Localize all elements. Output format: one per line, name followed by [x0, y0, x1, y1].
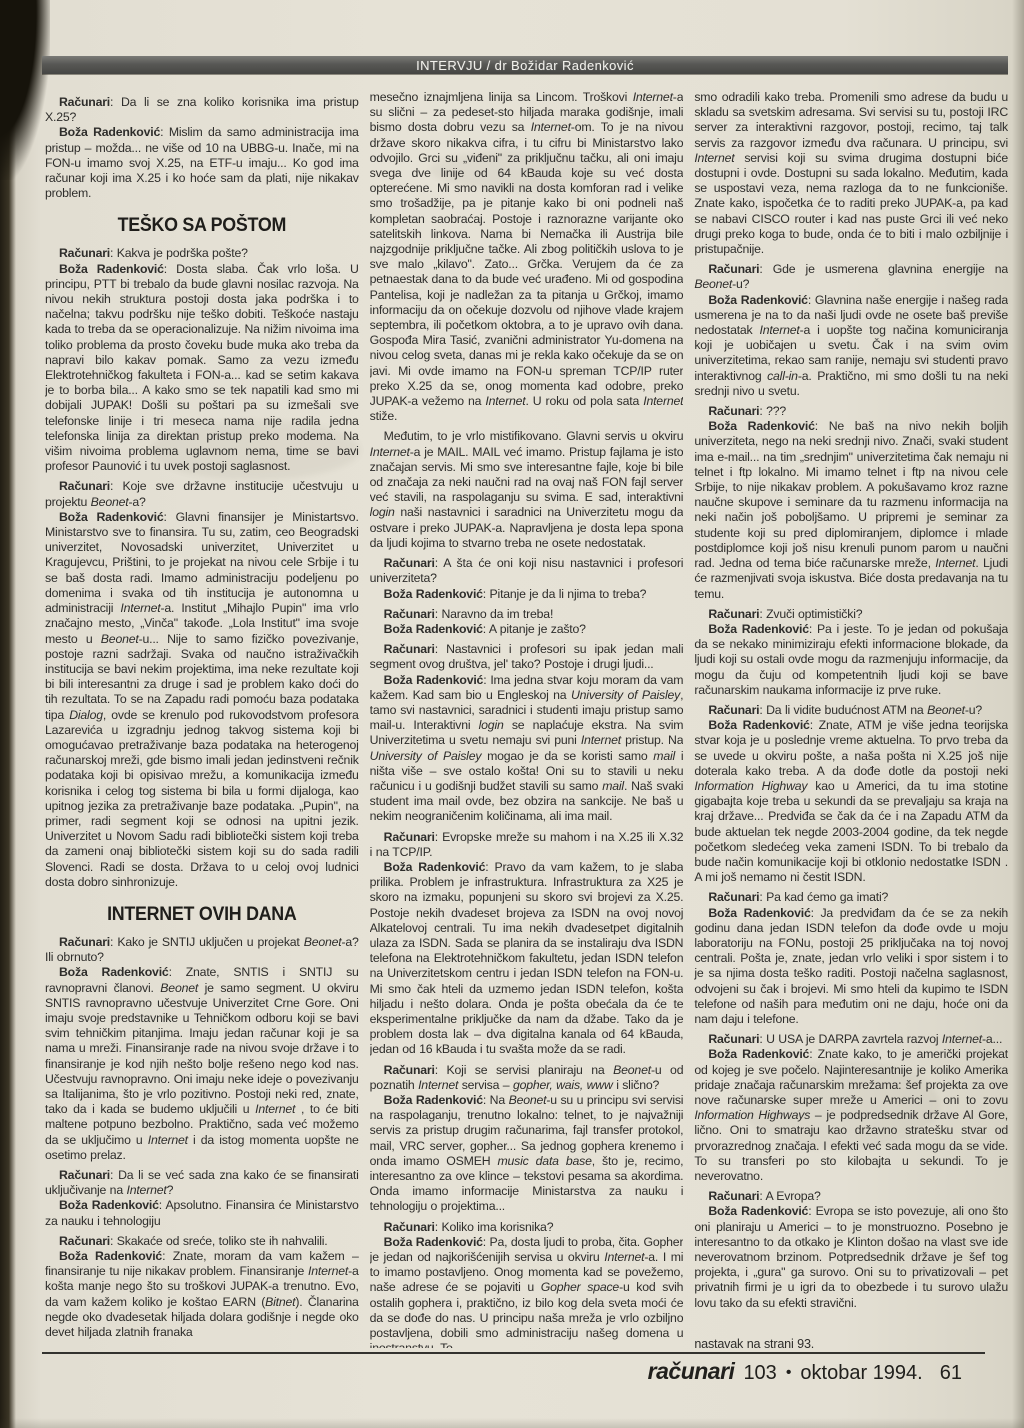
speaker-name: Računari	[384, 1220, 435, 1234]
speaker-name: Boža Radenković	[708, 718, 809, 732]
speaker-name: Boža Radenković	[59, 125, 160, 139]
continuation-note: nastavak na strani 93.	[694, 1337, 1008, 1348]
speaker-name: Boža Radenković	[708, 1047, 809, 1061]
interview-answer: Boža Radenković: Ja predviđam da će se z…	[694, 906, 1008, 1028]
speaker-name: Boža Radenković	[384, 860, 486, 874]
speaker-name: Boža Radenković	[384, 587, 483, 601]
speaker-name: Računari	[59, 935, 110, 949]
speaker-name: Računari	[59, 246, 110, 260]
speaker-name: Boža Radenković	[384, 1235, 483, 1249]
speaker-name: Računari	[59, 479, 110, 493]
article-columns: Računari: Da li se zna koliko korisnika …	[45, 90, 1008, 1348]
bullet-separator: •	[786, 1364, 792, 1382]
interview-answer: Boža Radenković: Evropa se isto povezuje…	[694, 1204, 1008, 1310]
speaker-name: Računari	[708, 1032, 759, 1046]
speaker-name: Boža Radenković	[708, 419, 814, 433]
interview-question: Računari: Gde je usmerena glavnina energ…	[694, 262, 1008, 292]
column-2: mesečno iznajmljena linija sa Lincom. Tr…	[370, 90, 684, 1348]
interview-question: Računari: A Evropa?	[694, 1189, 1008, 1204]
footer: računari 103 • oktobar 1994. 61	[648, 1358, 962, 1385]
interview-answer: Boža Radenković: Pravo da vam kažem, to …	[370, 860, 684, 1058]
interview-answer: Boža Radenković: Dosta slaba. Čak vrlo l…	[45, 262, 359, 475]
section-heading: INTERNET OVIH DANA	[54, 904, 349, 926]
scan-edge-left	[0, 0, 16, 1428]
interview-answer: Boža Radenković: Apsolutno. Finansira će…	[45, 1198, 359, 1228]
interview-answer: Boža Radenković: Na Beonet-u su u princi…	[370, 1093, 684, 1215]
issue-number: 103	[743, 1362, 776, 1385]
interview-question: Računari: Zvuči optimistički?	[694, 607, 1008, 622]
speaker-name: Boža Radenković	[708, 906, 810, 920]
speaker-name: Računari	[59, 1234, 110, 1248]
interview-answer: Boža Radenković: Ne baš na nivo nekih bo…	[694, 419, 1008, 601]
article-rubric-title: INTERVJU / dr Božidar Radenković	[416, 58, 634, 73]
interview-question: Računari: ???	[694, 404, 1008, 419]
interview-question: Računari: Koji se servisi planiraju na B…	[370, 1063, 684, 1093]
speaker-name: Računari	[708, 1189, 759, 1203]
page-number: 61	[940, 1362, 962, 1385]
speaker-name: Računari	[708, 890, 759, 904]
interview-answer: Boža Radenković: Znate, SNTIS i SNTIJ su…	[45, 965, 359, 1163]
header-bar: INTERVJU / dr Božidar Radenković	[42, 56, 1008, 74]
interview-answer: Boža Radenković: Pa i jeste. To je jedan…	[694, 622, 1008, 698]
issue-date: oktobar 1994.	[800, 1362, 922, 1385]
interview-question: Računari: Nastavnici i profesori su ipak…	[370, 642, 684, 672]
speaker-name: Boža Radenković	[59, 262, 164, 276]
interview-answer: Boža Radenković: Znate, ATM je više jedn…	[694, 718, 1008, 885]
interview-question: Računari: A šta će oni koji nisu nastavn…	[370, 556, 684, 586]
speaker-name: Boža Radenković	[59, 510, 163, 524]
speaker-name: Računari	[708, 607, 759, 621]
speaker-name: Računari	[708, 404, 759, 418]
scan-edge-right	[1012, 0, 1024, 1428]
interview-answer: Boža Radenković: Znate, moram da vam kaž…	[45, 1249, 359, 1340]
interview-answer: Boža Radenković: Znate kako, to je ameri…	[694, 1047, 1008, 1184]
magazine-page-scan: INTERVJU / dr Božidar Radenković Računar…	[0, 0, 1024, 1428]
interview-answer: Boža Radenković: A pitanje je zašto?	[370, 622, 684, 637]
interview-answer: Boža Radenković: Glavni finansijer je Mi…	[45, 510, 359, 890]
interview-question: Računari: Da li se već sada zna kako će …	[45, 1168, 359, 1198]
speaker-name: Računari	[384, 607, 435, 621]
interview-question: Računari: Koje sve državne institucije u…	[45, 479, 359, 509]
scan-edge-bottom	[0, 1418, 1024, 1428]
interview-answer: Boža Radenković: Pitanje je da li njima …	[370, 587, 684, 602]
speaker-name: Boža Radenković	[384, 673, 484, 687]
section-heading: TEŠKO SA POŠTOM	[54, 215, 349, 237]
interview-question: Računari: Kako je SNTIJ uključen u proje…	[45, 935, 359, 965]
interview-answer: Boža Radenković: Mislim da samo administ…	[45, 125, 359, 201]
speaker-name: Boža Radenković	[59, 1249, 162, 1263]
interview-question: Računari: Da li se zna koliko korisnika …	[45, 95, 359, 125]
speaker-name: Boža Radenković	[59, 965, 169, 979]
body-paragraph: Međutim, to je vrlo mistifikovano. Glavn…	[370, 429, 684, 551]
interview-question: Računari: Da li vidite budućnost ATM na …	[694, 703, 1008, 718]
speaker-name: Računari	[708, 262, 759, 276]
speaker-name: Računari	[384, 830, 435, 844]
column-3: smo odradili kako treba. Promenili smo a…	[694, 90, 1008, 1348]
body-paragraph: smo odradili kako treba. Promenili smo a…	[694, 90, 1008, 257]
footer-rule	[42, 1352, 985, 1354]
interview-answer: Boža Radenković: Glavnina naše energije …	[694, 293, 1008, 399]
speaker-name: Računari	[59, 1168, 110, 1182]
speaker-name: Boža Radenković	[384, 1093, 483, 1107]
column-1: Računari: Da li se zna koliko korisnika …	[45, 90, 359, 1348]
interview-question: Računari: Naravno da im treba!	[370, 607, 684, 622]
speaker-name: Računari	[384, 642, 435, 656]
interview-question: Računari: Koliko ima korisnika?	[370, 1220, 684, 1235]
speaker-name: Boža Radenković	[708, 622, 809, 636]
scan-corner-shadow	[0, 0, 50, 180]
speaker-name: Računari	[384, 556, 435, 570]
interview-answer: Boža Radenković: Ima jedna stvar koju mo…	[370, 673, 684, 825]
interview-question: Računari: Pa kad ćemo ga imati?	[694, 890, 1008, 905]
interview-question: Računari: Kakva je podrška pošte?	[45, 246, 359, 261]
speaker-name: Boža Radenković	[708, 1204, 808, 1218]
speaker-name: Računari	[59, 95, 110, 109]
magazine-logo: računari	[648, 1358, 735, 1385]
speaker-name: Računari	[384, 1063, 435, 1077]
interview-question: Računari: U USA je DARPA zavrtela razvoj…	[694, 1032, 1008, 1047]
speaker-name: Boža Radenković	[59, 1198, 159, 1212]
interview-question: Računari: Evropske mreže su mahom i na X…	[370, 830, 684, 860]
speaker-name: Računari	[708, 703, 759, 717]
body-paragraph: mesečno iznajmljena linija sa Lincom. Tr…	[370, 90, 684, 424]
speaker-name: Boža Radenković	[708, 293, 807, 307]
interview-answer: Boža Radenković: Pa, dosta ljudi to prob…	[370, 1235, 684, 1348]
speaker-name: Boža Radenković	[384, 622, 483, 636]
interview-question: Računari: Skakaće od sreće, toliko ste i…	[45, 1234, 359, 1249]
